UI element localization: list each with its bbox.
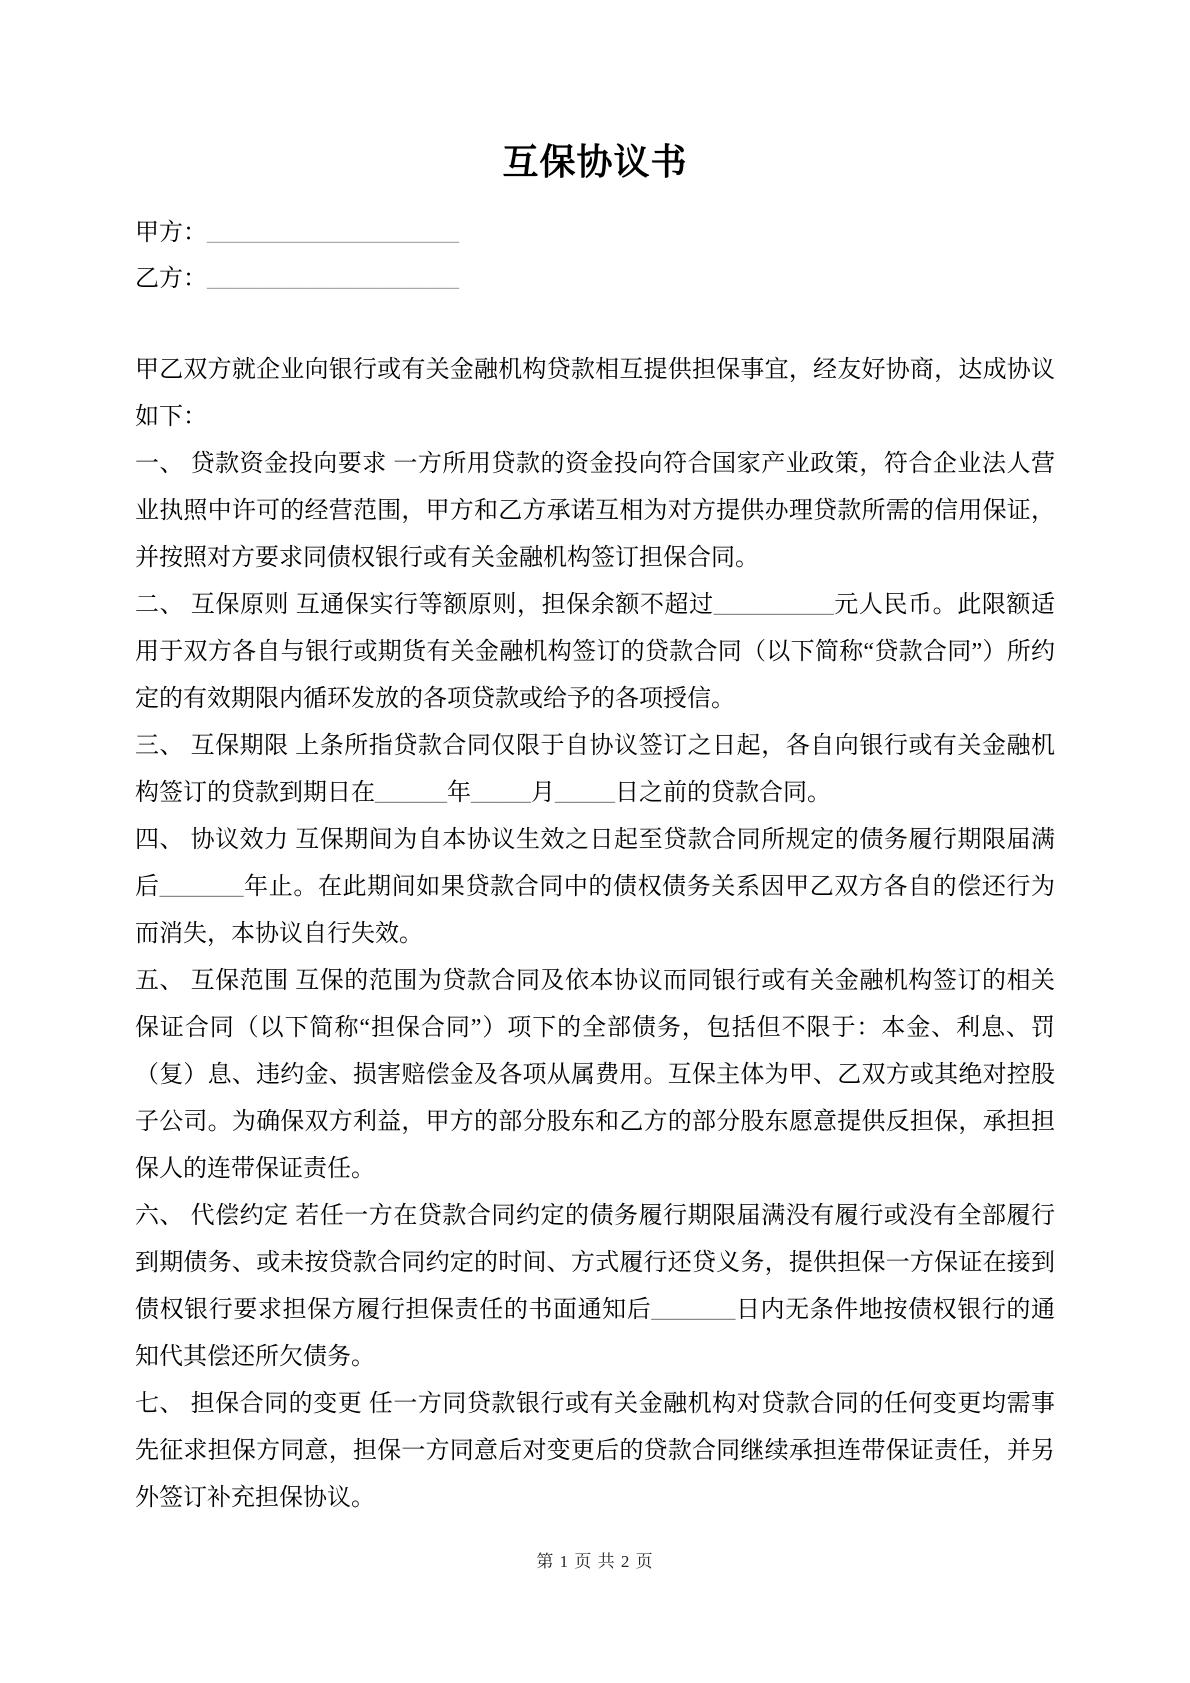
clause-6-repayment: 六、 代偿约定 若任一方在贷款合同约定的债务履行期限届满没有履行或没有全部履行到…: [135, 1193, 1055, 1381]
clause-7-amendment: 七、 担保合同的变更 任一方同贷款银行或有关金融机构对贷款合同的任何变更均需事先…: [135, 1381, 1055, 1522]
party-b-line: 乙方：_____________________: [135, 256, 1055, 302]
clause-1-loan-use: 一、 贷款资金投向要求 一方所用贷款的资金投向符合国家产业政策，符合企业法人营业…: [135, 441, 1055, 582]
inline-blank-line: _______: [651, 1297, 735, 1323]
clause-4-validity: 四、 协议效力 互保期间为自本协议生效之日起至贷款合同所规定的债务履行期限届满后…: [135, 817, 1055, 958]
paragraph-intro: 甲乙双方就企业向银行或有关金融机构贷款相互提供担保事宜，经友好协商，达成协议如下…: [135, 347, 1055, 441]
party-a-label: 甲方：: [135, 220, 207, 246]
page-number-footer: 第 1 页 共 2 页: [0, 1551, 1190, 1573]
party-b-label: 乙方：: [135, 266, 207, 292]
inline-blank-line: __________: [714, 592, 834, 618]
clause-2-principle: 二、 互保原则 互通保实行等额原则，担保余额不超过__________元人民币。…: [135, 582, 1055, 723]
inline-blank-line: ______: [375, 780, 447, 806]
party-b-blank-line: _____________________: [207, 266, 459, 292]
document-page: 互保协议书 甲方：_____________________ 乙方：______…: [0, 0, 1190, 1683]
document-body: 甲乙双方就企业向银行或有关金融机构贷款相互提供担保事宜，经友好协商，达成协议如下…: [135, 347, 1055, 1522]
clause-3-term: 三、 互保期限 上条所指贷款合同仅限于自协议签订之日起，各自向银行或有关金融机构…: [135, 723, 1055, 817]
inline-blank-line: _______: [160, 874, 244, 900]
clause-5-scope: 五、 互保范围 互保的范围为贷款合同及依本协议而同银行或有关金融机构签订的相关保…: [135, 958, 1055, 1193]
parties-section: 甲方：_____________________ 乙方：____________…: [135, 210, 1055, 302]
document-title: 互保协议书: [135, 0, 1055, 184]
inline-blank-line: _____: [555, 780, 615, 806]
party-a-line: 甲方：_____________________: [135, 210, 1055, 256]
party-a-blank-line: _____________________: [207, 220, 459, 246]
inline-blank-line: _____: [471, 780, 531, 806]
